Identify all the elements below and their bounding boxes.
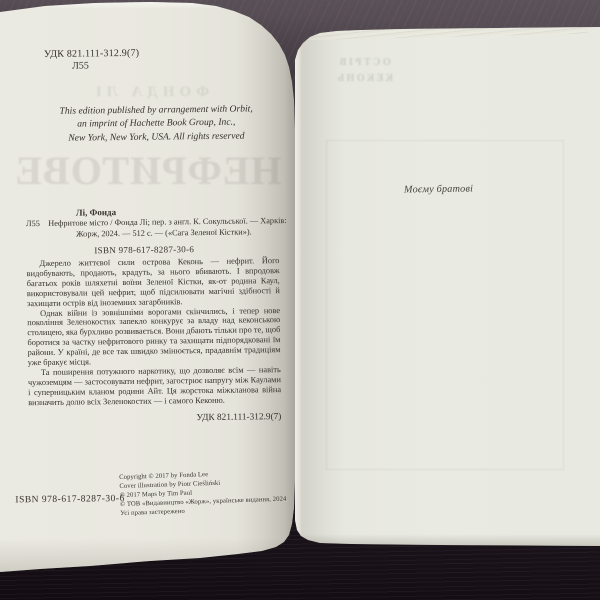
catalog-entry-line2: Жорж, 2024. — 512 с. — («Сага Зеленої Кі…	[76, 227, 252, 238]
edition-notice: This edition published by arrangement wi…	[39, 102, 274, 145]
book-annotation: Джерело життєвої сили острова Кеконь — н…	[26, 256, 281, 408]
open-book-photo: ФОНДА ЛІ НЕФРИТОВЕ УДК 821.111-312.9(7) …	[0, 0, 600, 600]
catalog-author: Лі, Фонда	[76, 207, 116, 217]
udk-code-top: УДК 821.111-312.9(7)	[44, 48, 139, 60]
udk-code-bottom: УДК 821.111-312.9(7)	[28, 412, 281, 425]
showthrough-map-title-line1: ОСТРІВ	[326, 57, 402, 68]
annotation-paragraph: Та поширення потужного наркотику, що доз…	[28, 365, 281, 408]
gutter-shadow-right	[292, 0, 342, 600]
author-sign-code: Л55	[72, 60, 89, 71]
right-page: ОСТРІВ КЕКОНЬ Моєму братові	[292, 0, 600, 600]
left-page: ФОНДА ЛІ НЕФРИТОВЕ УДК 821.111-312.9(7) …	[0, 0, 296, 600]
isbn-number: ISBN 978-617-8287-30-6	[94, 244, 194, 255]
dedication-text: Моєму братові	[404, 184, 473, 196]
copyright-block: Copyright © 2017 by Fonda Lee Cover illu…	[119, 469, 287, 519]
left-page-content: УДК 821.111-312.9(7) Л55 This edition pu…	[0, 0, 303, 600]
edition-notice-line: New York, New York, USA. All rights rese…	[39, 129, 274, 145]
isbn-number-bottom: ISBN 978-617-8287-30-6	[15, 494, 125, 505]
annotation-paragraph: Однак війни із зовнішніми ворогами скінч…	[27, 306, 281, 369]
showthrough-map-title-line2: КЕКОНЬ	[326, 73, 402, 84]
annotation-paragraph: Джерело життєвої сили острова Кеконь — н…	[26, 256, 280, 309]
